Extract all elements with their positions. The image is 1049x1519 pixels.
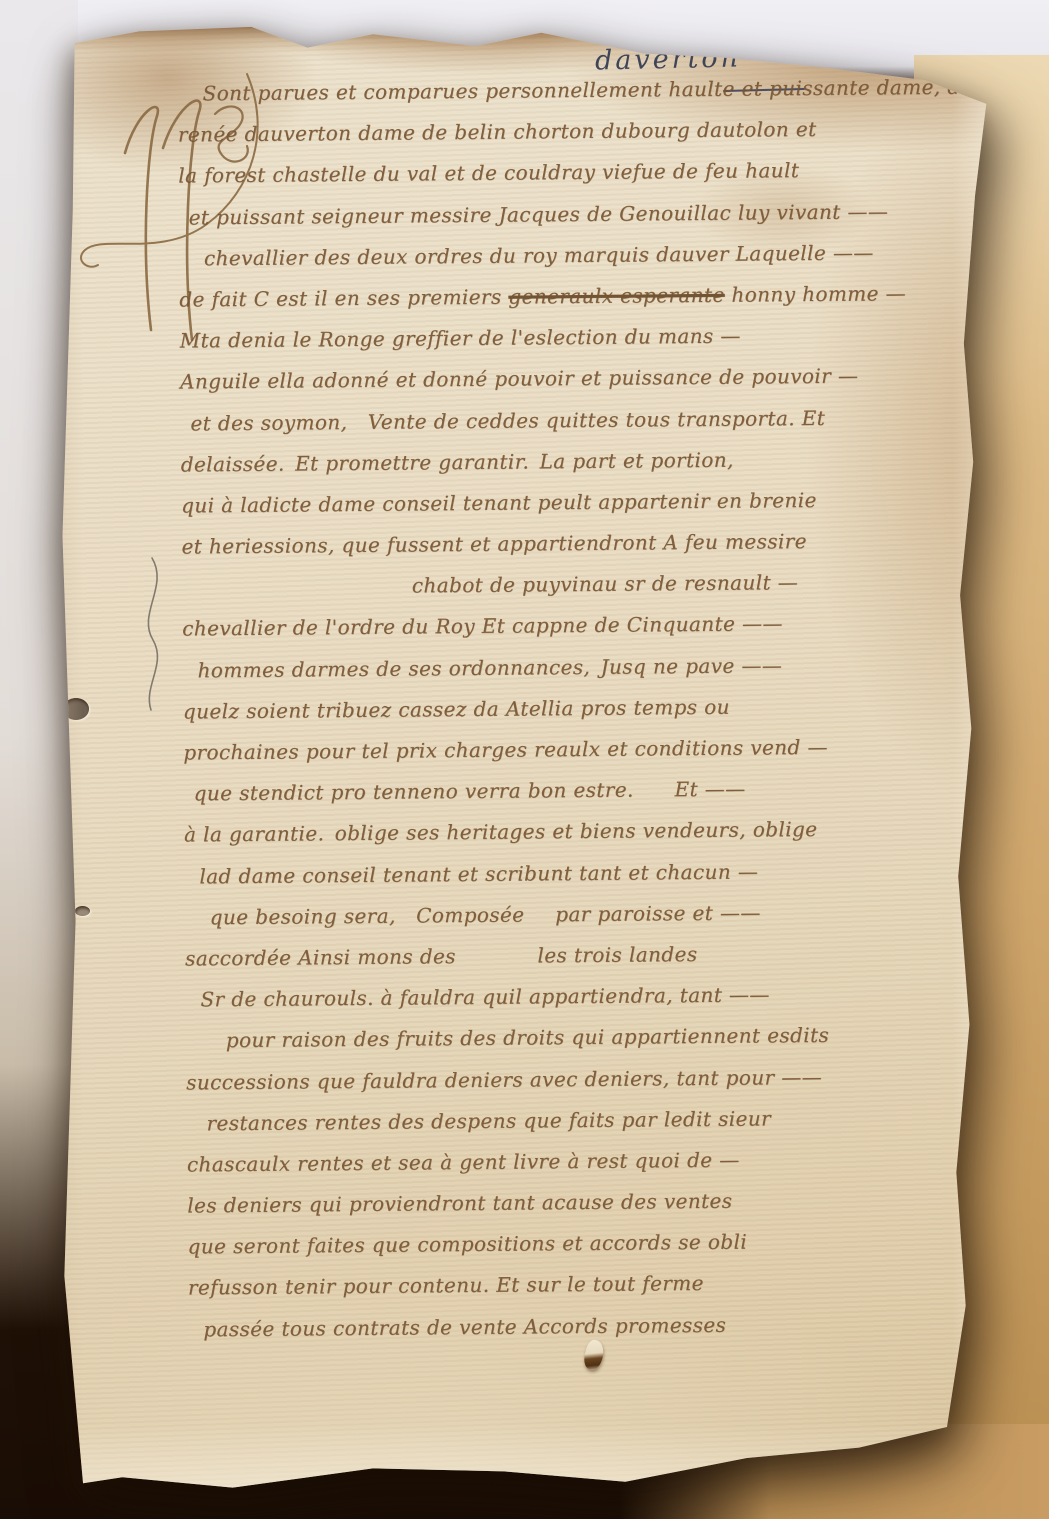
manuscript-text: Sont parues et comparues personnellement… — [177, 75, 993, 1359]
manuscript-line: que seront faites que compositions et ac… — [188, 1228, 993, 1276]
manuscript-line: les deniers qui proviendront tant acause… — [187, 1187, 992, 1235]
manuscript-line: à la garantie. oblige ses heritages et b… — [184, 816, 989, 864]
manuscript-line: et heriessions, que fussent et appartien… — [181, 528, 986, 576]
manuscript-page: daverton Sont parues et comparues per — [55, 18, 990, 1498]
manuscript-line: refusson tenir pour contenu. Et sur le t… — [188, 1269, 993, 1317]
page-title: daverton — [595, 42, 742, 76]
manuscript-line: qui à ladicte dame conseil tenant peult … — [181, 486, 986, 534]
manuscript-line: hommes darmes de ses ordonnances, Jusq n… — [182, 651, 987, 699]
manuscript-line: que besoing sera, Composée par paroisse … — [185, 898, 990, 946]
manuscript-line: Anguile ella adonné et donné pouvoir et … — [180, 363, 985, 411]
manuscript-line: pour raison des fruits des droits qui ap… — [186, 1022, 991, 1070]
struck-text: generaulx esperante — [508, 283, 725, 309]
paper-hole — [63, 698, 89, 720]
manuscript-line: renée dauverton dame de belin chorton du… — [178, 116, 983, 164]
manuscript-line: chevallier des deux ordres du roy marqui… — [179, 239, 984, 287]
paper-hole — [75, 906, 90, 916]
manuscript-line: lad dame conseil tenant et scribunt tant… — [184, 857, 989, 905]
page-wrap: daverton Sont parues et comparues per — [0, 0, 1049, 1519]
manuscript-line: quelz soient tribuez cassez da Atellia p… — [183, 692, 988, 740]
manuscript-line: que stendict pro tenneno verra bon estre… — [184, 775, 989, 823]
manuscript-line: chascaulx rentes et sea à gent livre à r… — [187, 1145, 992, 1193]
manuscript-line: de fait C est il en ses premiers generau… — [179, 280, 984, 328]
manuscript-line: la forest chastelle du val et de couldra… — [178, 157, 983, 205]
manuscript-line: Sr de chaurouls. à fauldra quil appartie… — [185, 981, 990, 1029]
manuscript-line: Sont parues et comparues personnellement… — [177, 75, 982, 123]
manuscript-line: et puissant seigneur messire Jacques de … — [179, 198, 984, 246]
manuscript-line: chabot de puyvinau sr de resnault — — [182, 569, 987, 617]
margin-squiggle-icon — [148, 558, 157, 710]
manuscript-line: restances rentes des despens que faits p… — [186, 1104, 991, 1152]
manuscript-line: Mta denia le Ronge greffier de l'eslecti… — [180, 322, 985, 370]
manuscript-line: successions que fauldra deniers avec den… — [186, 1063, 991, 1111]
manuscript-line: saccordée Ainsi mons des les trois lande… — [185, 939, 990, 987]
manuscript-line: chevallier de l'ordre du Roy Et cappne d… — [182, 610, 987, 658]
manuscript-line: passée tous contrats de vente Accords pr… — [188, 1310, 993, 1358]
manuscript-line: et des soymon, Vente de ceddes quittes t… — [180, 404, 985, 452]
photo-scene: daverton Sont parues et comparues per — [0, 0, 1049, 1519]
manuscript-line: prochaines pour tel prix charges reaulx … — [183, 733, 988, 781]
manuscript-line: delaissée. Et promettre garantir. La par… — [181, 445, 986, 493]
